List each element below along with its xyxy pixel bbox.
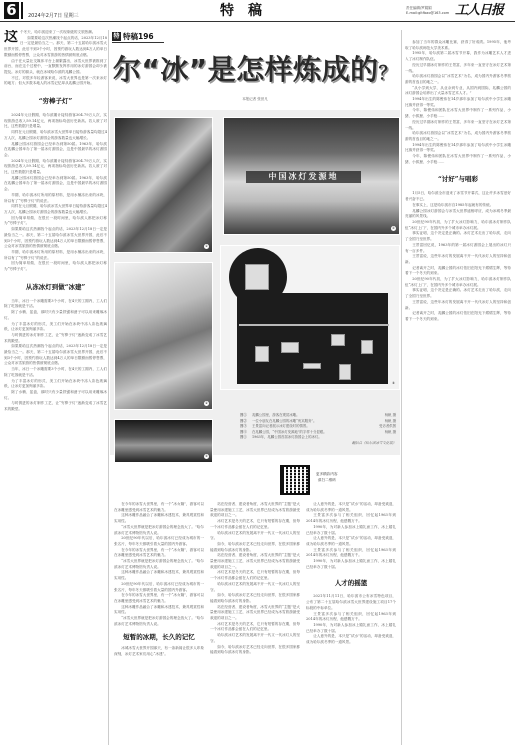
column-divider — [401, 30, 402, 745]
page-number-divider — [21, 2, 23, 19]
paragraph: 20世纪90年代以后，哈尔滨冰灯已经成为城市的一张名片，每年冬天都吸引着大量的国… — [114, 536, 204, 547]
paragraph: 兆麟公园冰灯游园会与冰雪大世界遥相呼应，成为冰城冬季最亮丽的风景线。 — [405, 209, 511, 220]
paragraph: 这种冰雕作品融合了冰雕和冰建技术，兼具观赏性和实用性。 — [114, 605, 204, 616]
paragraph: 哈尔滨冰灯游园会以“冰雪艺术”为名，成为国内外游客冬季旅游的首选目的地之一。 — [405, 74, 511, 85]
headline-question-mark: ？ — [379, 63, 398, 84]
drop-cap: 这 — [4, 30, 18, 44]
paragraph: 2021年11月11日，哈尔滨市公布冰雪特色项目，公布了第二十五届哈尔滨冰雪大世… — [306, 594, 396, 611]
paragraph: 兆麟公园冰灯游园会已经举办到第50届。1963年，哈尔滨在兆麟公园举办了第一届冰… — [4, 142, 107, 159]
subheading: 短暂的冰期，长久的记忆 — [114, 632, 204, 642]
paragraph: 参加了当年的群众冰雕比赛，获得了好成绩。1995年，他考取了哈尔滨师范大学美术系… — [405, 40, 511, 51]
paragraph: 同样在元旦假期，哈尔滨冰雪大世界单日接待游客量均超过4万人次，兆麟公园冰灯游园会… — [4, 204, 107, 215]
paragraph: 为了丰富冰灯的形式，美工们开始在冰块中冻入彩色玻璃纸，让冰灯更加绚丽多彩。 — [4, 322, 107, 333]
photo-portrait: ③ — [114, 419, 213, 463]
paragraph: 2024年元旦假期，哈尔滨累计接待游客304.79万人次，实现旅游总收入59.1… — [4, 113, 107, 130]
center-column-1: 在今年的冰雪大世界里，有一个“冰女娲”，游客可以在冰雕里感受到冰雪艺术的魅力。 … — [114, 502, 204, 745]
photo-ice-sculpture: ① — [114, 117, 213, 253]
paragraph: 20世纪90年代初，为了扩大冰灯影响力，哈尔滨冰灯制作队伍“冰灯上门”，在国内外… — [405, 277, 511, 288]
feature-column-label: 特特稿196 — [112, 32, 164, 43]
editor-info: 责任编辑/罗娟娟 E-mail:gltfbao@163.com — [406, 6, 449, 16]
paragraph: 1990年，为对新人参加冰上婚礼而工作，冰上婚礼已经举办了数十届。 — [306, 525, 396, 536]
paragraph: 哈尔滨冰灯游园会以“冰雪艺术”为名，成为国内外游客冬季旅游的首选目的地之一。 — [405, 131, 511, 142]
paragraph: 经历过早期冰灯制作的王景富，多年来一直坚守在冰灯艺术第一线。 — [405, 63, 511, 74]
left-article-column: 这 个冬天，哈尔滨迎来了一次现象级的文旅热潮。 如果要给这次热潮找个起点的话，2… — [4, 30, 107, 745]
paragraph: 经历过早期冰灯制作的王景富，多年来一直坚守在冰灯艺术第一线。 — [405, 120, 511, 131]
paragraph: 早期，哈尔滨冰灯所用的原材料，是用水桶冻出来的冰块，所以有了“穷棒子灯”的说法。 — [4, 193, 107, 204]
center-column-3: 让人意外的是，本只是“试水”的活动，却备受欢迎，成为哈尔滨冬季的一道风景。 王景… — [306, 502, 396, 745]
paragraph: 让人意外的是，本只是“试水”的活动，却备受欢迎，成为哈尔滨冬季的一道风景。 — [306, 634, 396, 645]
photo-captions: 图①兆麟公园里，游客在观赏冰雕。杨帆 摄 图②一位小朋友在兆麟公园的冰雕“贵宾服… — [240, 413, 396, 447]
photo-dark-background — [237, 293, 388, 384]
paragraph: 因为简单易做，在很长一段时间里，哈尔滨人都把冰灯称为“穷棒子灯”。 — [4, 216, 107, 227]
paragraph: 在今年的冰雪大世界里，有一个“冰女娲”，游客可以在冰雕里感受到冰雪艺术的魅力。 — [114, 593, 204, 604]
paragraph: 如果要给这次热潮找个起点的话，2023年12月18日一定是最恰当之一。那天，第二… — [4, 36, 107, 59]
paragraph: 站在经营者、建设者角度，冰雪大世界的“主题”是大量使用冰建施工工艺，冰雪大世界已… — [210, 605, 300, 622]
photo-number-badge: ① — [204, 244, 209, 249]
subheading: 人才的摇篮 — [306, 578, 396, 588]
paragraph: 同样在元旦假期，哈尔滨冰雪大世界单日接待游客量均超过4万人次，兆麟公园冰灯游园会… — [4, 130, 107, 141]
paragraph: 如今，哈尔滨冰灯艺术已经走向世界，在很多国家都能看到哈尔滨冰灯的身影。 — [210, 645, 300, 656]
paragraph: 20世纪90年代初，为了扩大冰灯影响力，哈尔滨冰灯制作队伍“冰灯上门”，在国内外… — [405, 220, 511, 231]
headline: 尔“冰”是怎样炼成的？ — [110, 52, 400, 92]
caption-source-credit: 翻拍自《哈尔滨冰雪文化展》 — [240, 441, 396, 447]
paragraph: 冰灯艺术是冬天的艺术，它只有短暂的存在期，但每一个冰灯作品都会留在人们的记忆里。 — [210, 519, 300, 530]
paragraph: 1月5日，哈尔滨全市迎来了冰雪节开幕式，这让许多冰雪爱好者兴奋不已。 — [405, 191, 511, 202]
paragraph: 站在经营者、建设者角度，冰雪大世界的“主题”是大量使用冰建施工工艺，冰雪大世界已… — [210, 502, 300, 519]
photo-ice-block-closeup: ② — [114, 262, 213, 410]
qr-caption-line: 更多精彩内容 — [316, 472, 338, 478]
paragraph: 站在经营者、建设者角度，冰雪大世界的“主题”是大量使用冰建施工工艺，冰雪大世界已… — [210, 553, 300, 570]
paragraph: 事实证明，这个决定是正确的。冰灯艺术走出了哈尔滨，走向了全国乃至世界。 — [405, 231, 511, 242]
paragraph: 2024年元旦假期，哈尔滨累计接待游客304.79万人次，实现旅游总收入59.1… — [4, 159, 107, 176]
paragraph: 1990年，为对新人参加冰上婚礼而工作，冰上婚礼已经举办了数十届。 — [306, 559, 396, 570]
newspaper-logo: 工人日报 — [455, 3, 503, 19]
paragraph: 为了丰富冰灯的形式，美工们开始在冰块中冻入彩色玻璃纸，让冰灯更加绚丽多彩。 — [4, 379, 107, 390]
paragraph: 与时俱进的冰灯制作工艺，让“穷棒子灯”逐渐变成了冰雪艺术的殿堂。 — [4, 333, 107, 344]
paragraph: 1995年，哈尔滨第二届冰雪节开幕，我作为冰雕艺术人才进入了冰灯制作队伍。 — [405, 51, 511, 62]
ice-lantern — [361, 340, 373, 354]
issue-date: 2024年2月7日 星期三 — [28, 12, 79, 19]
paragraph: 今年，陈俊伟和团队在冰雪大世界中制作了一系列作品，小猪、小狐狸、小手枪…… — [405, 154, 511, 165]
paragraph: 由于在大量社交媒体平台上频繁露出，冰雪大世界被推到了前台，而在这个过程中，一直默… — [4, 59, 107, 76]
paragraph: 如今，哈尔滨冰灯艺术已经走向世界，在很多国家都能看到哈尔滨冰灯的身影。 — [210, 542, 300, 553]
paragraph: 早期，哈尔滨冰灯所用的原材料，是用水桶冻出来的冰块，所以有了“穷棒子灯”的说法。 — [4, 250, 107, 261]
paragraph: 王景富多次参与了相关组织，回忆起1963年到2014年的冰灯历程，他感慨万千。 — [306, 513, 396, 524]
paragraph: 在今年的冰雪大世界里，有一个“冰女娲”，游客可以在冰雕里感受到冰雪艺术的魅力。 — [114, 502, 204, 513]
photo-branch — [239, 324, 389, 326]
photo-number-badge: ④ — [391, 226, 396, 231]
feature-badge-icon: 特 — [112, 32, 121, 41]
paragraph: 王景富说，这些年冰灯的发展离不开一代代冰灯人的坚持和创新。 — [405, 300, 511, 311]
photo-number-badge: ② — [204, 401, 209, 406]
paragraph: 王景富回忆说，1963年的第一届冰灯游园会上展出的冰灯只有一百多件。 — [405, 243, 511, 254]
paragraph: 冰灯艺术是冬天的艺术，它只有短暂的存在期，但每一个冰灯作品都会留在人们的记忆里。 — [210, 622, 300, 633]
ice-lantern — [303, 363, 321, 369]
paragraph: 记者离开之时，兆麟公园的冰灯依旧在阳光下熠熠生辉，等待着下一个冬天的到来。 — [405, 311, 511, 322]
paragraph: 当年，冰日一个冰雕需要3个小时，在4天的工期内，工人们除了吃饭就是干活。 — [4, 299, 107, 310]
paragraph: 20世纪90年代以后，哈尔滨冰灯已经成为城市的一张名片，每年冬天都吸引着大量的国… — [114, 582, 204, 593]
headline-text: 尔“冰”是怎样炼成的 — [113, 53, 379, 86]
paragraph: 王景富多次参与了相关组织，回忆起1963年到2014年的冰灯历程，他感慨万千。 — [306, 612, 396, 623]
paragraph: 不过，对很多年轻游客来说，冰雪大世界也是第一次来冰灯的地方；但大多数本地人的冰雪… — [4, 76, 107, 87]
photo-number-badge: ⑤ — [391, 381, 396, 386]
paragraph: “冰雪大世界就是把冰灯游园会的理念放大了。”哈尔滨冰灯艺术博物馆负责人说。 — [114, 559, 204, 570]
qr-caption-line: 请扫二维码 — [316, 478, 338, 484]
feature-column-text: 特稿196 — [123, 32, 154, 41]
page-number: 6 — [4, 2, 19, 19]
paragraph: 王景富说，这些年冰灯的发展离不开一代代冰灯人的坚持和创新。 — [405, 254, 511, 265]
photo-ice-lantern-origin-sign: 中国冰灯发源地 ④ — [223, 117, 400, 235]
paragraph: 冰灯艺术是冬天的艺术，它只有短暂的存在期，但每一个冰灯作品都会留在人们的记忆里。 — [210, 570, 300, 581]
paragraph: “从小学到大学，从业余到专业，从国内到国际，兆麟公园的冰灯游园会培养出了大量冰雪… — [405, 86, 511, 97]
column-divider — [108, 30, 109, 745]
paragraph: 1994年出生的陈俊伟在14岁那年参加了哈尔滨中小学生冰雕比赛并获得一等奖。 — [405, 97, 511, 108]
paragraph: “冰雪大世界就是把冰灯游园会的理念放大了。”哈尔滨冰灯艺术博物馆负责人说。 — [114, 525, 204, 536]
center-column-2: 站在经营者、建设者角度，冰雪大世界的“主题”是大量使用冰建施工工艺，冰雪大世界已… — [210, 502, 300, 745]
ice-lantern — [339, 364, 351, 380]
paragraph: 王景富多次参与了相关组织，回忆起1963年到2014年的冰灯历程，他感慨万千。 — [306, 548, 396, 559]
paragraph: 冰城冰雪大世界开园那天，有一条新闻让很多人印象深刻，冰灯艺术家们用心“冰建”。 — [114, 646, 204, 657]
subheading: 从冻冰灯到做“冰建” — [4, 282, 107, 292]
paragraph: 除了水桶、盆盘，那时只有少量铁锯和凿子可以用来雕琢冰灯。 — [4, 390, 107, 401]
ice-lantern — [245, 264, 269, 290]
subheading: “穷棒子灯” — [4, 96, 107, 106]
paragraph: 如果要给这次热潮找个起点的话，2023年12月18日一定是最恰当之一。那天，第二… — [4, 344, 107, 367]
ice-lantern — [331, 334, 345, 346]
paragraph: 除了水桶、盆盘，那时只有少量铁锯和凿子可以用来雕琢冰灯。 — [4, 310, 107, 321]
intro-paragraph: 个冬天，哈尔滨迎来了一次现象级的文旅热潮。 — [4, 30, 107, 36]
editor-email: E-mail:gltfbao@163.com — [406, 11, 449, 16]
page-header: 6 2024年2月7日 星期三 特稿 责任编辑/罗娟娟 E-mail:gltfb… — [0, 0, 515, 22]
caption-credit: 杨帆 摄 — [385, 430, 396, 436]
photo-historic-ice-lanterns: ⑤ — [220, 245, 400, 390]
paragraph: 让人意外的是，本只是“试水”的活动，却备受欢迎，成为哈尔滨冬季的一道风景。 — [306, 536, 396, 547]
paragraph: 如果要给这次热潮找个起点的话，2023年12月18日一定是最恰当之一。那天，第二… — [4, 227, 107, 250]
caption-number: 图⑤ — [240, 435, 252, 441]
photo-number-badge: ③ — [204, 454, 209, 459]
ice-lantern — [255, 346, 269, 362]
subheading: “讨好”与唱彩 — [405, 174, 511, 184]
sign-text: 中国冰灯发源地 — [246, 171, 361, 183]
paragraph: 这种冰雕作品融合了冰雕和冰建技术，兼具观赏性和实用性。 — [114, 513, 204, 524]
byline: 本报记者 张世凡 — [110, 97, 400, 102]
right-article-column: 参加了当年的群众冰雕比赛，获得了好成绩。1995年，他考取了哈尔滨师范大学美术系… — [405, 40, 511, 745]
paragraph: 让人意外的是，本只是“试水”的活动，却备受欢迎，成为哈尔滨冬季的一道风景。 — [306, 502, 396, 513]
paragraph: 这种冰雕作品融合了冰雕和冰建技术，兼具观赏性和实用性。 — [114, 570, 204, 581]
paragraph: 事实证明，这个决定是正确的。冰灯艺术走出了哈尔滨，走向了全国乃至世界。 — [405, 288, 511, 299]
paragraph: 1994年出生的陈俊伟在14岁那年参加了哈尔滨中小学生冰雕比赛并获得一等奖。 — [405, 143, 511, 154]
paragraph: 哈尔滨冰灯艺术的发展离不开一代又一代冰灯人的坚守。 — [210, 531, 300, 542]
paragraph: 记者离开之时，兆麟公园的冰灯依旧在阳光下熠熠生辉，等待着下一个冬天的到来。 — [405, 266, 511, 277]
paragraph: 与时俱进的冰灯制作工艺，让“穷棒子灯”逐渐变成了冰雪艺术的殿堂。 — [4, 401, 107, 412]
caption-text: 1963年，兆麟公园首届冰灯游园会上的冰灯。 — [252, 435, 322, 441]
paragraph: 因为简单易做，在很长一段时间里，哈尔滨人都把冰灯称为“穷棒子灯”。 — [4, 261, 107, 272]
section-title: 特稿 — [220, 3, 276, 19]
paragraph: 哈尔滨冰灯艺术的发展离不开一代又一代冰灯人的坚守。 — [210, 633, 300, 644]
paragraph: 1990年，为对新人参加冰上婚礼而工作，冰上婚礼已经举办了数十届。 — [306, 623, 396, 634]
paragraph: 如今，哈尔滨冰灯艺术已经走向世界，在很多国家都能看到哈尔滨冰灯的身影。 — [210, 593, 300, 604]
paragraph: 今年，陈俊伟和团队在冰雪大世界中制作了一系列作品，小猪、小狐狸、小手枪…… — [405, 108, 511, 119]
paragraph: 在今年的冰雪大世界里，有一个“冰女娲”，游客可以在冰雕里感受到冰雪艺术的魅力。 — [114, 548, 204, 559]
paragraph: “冰雪大世界就是把冰灯游园会的理念放大了。”哈尔滨冰灯艺术博物馆负责人说。 — [114, 616, 204, 627]
ice-lantern — [281, 342, 299, 353]
paragraph: 兆麟公园冰灯游园会已经举办到第50届。1963年，哈尔滨在兆麟公园举办了第一届冰… — [4, 176, 107, 193]
qr-code[interactable] — [280, 465, 310, 495]
qr-caption: 更多精彩内容 请扫二维码 — [316, 472, 338, 483]
paragraph: 哈尔滨冰灯艺术的发展离不开一代又一代冰灯人的坚守。 — [210, 582, 300, 593]
paragraph: 当年，冰日一个冰雕需要3个小时，在4天的工期内，工人们除了吃饭就是干活。 — [4, 367, 107, 378]
